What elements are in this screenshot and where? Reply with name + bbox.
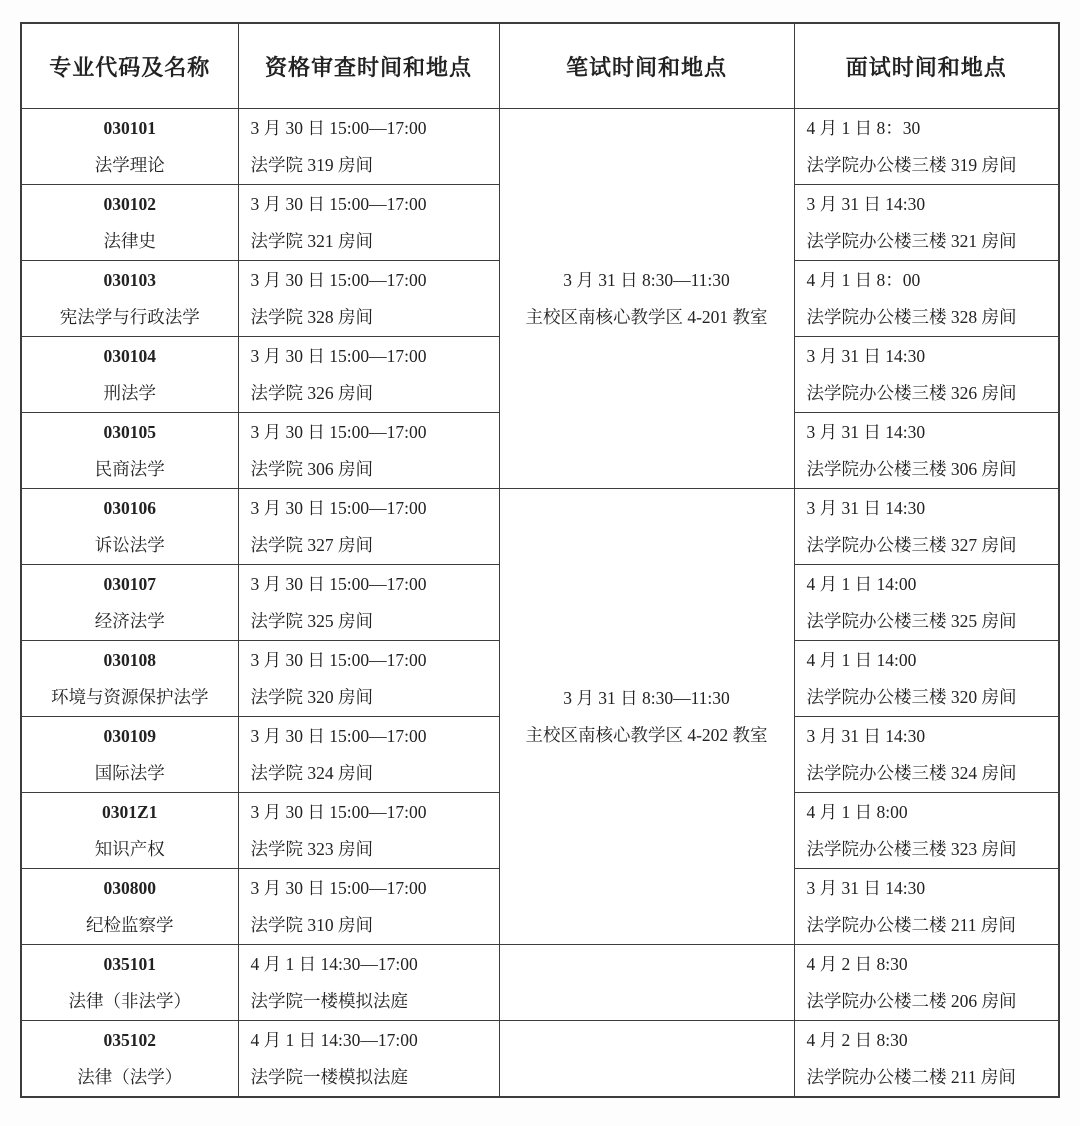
header-interview: 面试时间和地点	[794, 23, 1059, 109]
qualification-place: 法学院 306 房间	[239, 451, 499, 488]
qualification-time: 3 月 30 日 15:00—17:00	[239, 490, 499, 527]
interview-time: 3 月 31 日 14:30	[795, 186, 1059, 223]
written-exam-cell-group2: 3 月 31 日 8:30—11:30 主校区南核心教学区 4-202 教室	[499, 489, 794, 945]
written-exam-cell-empty	[499, 1021, 794, 1098]
major-name: 法律（法学）	[22, 1059, 238, 1096]
qualification-cell: 3 月 30 日 15:00—17:00 法学院 324 房间	[238, 717, 499, 793]
interview-place: 法学院办公楼三楼 326 房间	[795, 375, 1059, 412]
qualification-cell: 3 月 30 日 15:00—17:00 法学院 325 房间	[238, 565, 499, 641]
major-name: 法律（非法学）	[22, 983, 238, 1020]
interview-cell: 4 月 1 日 14:00 法学院办公楼三楼 325 房间	[794, 565, 1059, 641]
major-cell: 030109 国际法学	[21, 717, 238, 793]
header-row: 专业代码及名称 资格审查时间和地点 笔试时间和地点 面试时间和地点	[21, 23, 1059, 109]
interview-time: 4 月 2 日 8:30	[795, 946, 1059, 983]
major-cell: 035101 法律（非法学）	[21, 945, 238, 1021]
qualification-cell: 3 月 30 日 15:00—17:00 法学院 306 房间	[238, 413, 499, 489]
interview-time: 3 月 31 日 14:30	[795, 414, 1059, 451]
major-name: 宪法学与行政法学	[22, 299, 238, 336]
major-name: 法律史	[22, 223, 238, 260]
header-qualification: 资格审查时间和地点	[238, 23, 499, 109]
interview-cell: 4 月 1 日 14:00 法学院办公楼三楼 320 房间	[794, 641, 1059, 717]
qualification-place: 法学院一楼模拟法庭	[239, 1059, 499, 1096]
major-name: 国际法学	[22, 755, 238, 792]
interview-time: 3 月 31 日 14:30	[795, 490, 1059, 527]
interview-cell: 3 月 31 日 14:30 法学院办公楼二楼 211 房间	[794, 869, 1059, 945]
interview-place: 法学院办公楼三楼 324 房间	[795, 755, 1059, 792]
major-code: 030107	[22, 566, 238, 603]
major-name: 环境与资源保护法学	[22, 679, 238, 716]
interview-cell: 3 月 31 日 14:30 法学院办公楼三楼 324 房间	[794, 717, 1059, 793]
interview-place: 法学院办公楼二楼 206 房间	[795, 983, 1059, 1020]
qualification-time: 3 月 30 日 15:00—17:00	[239, 110, 499, 147]
major-name: 经济法学	[22, 603, 238, 640]
qualification-time: 4 月 1 日 14:30—17:00	[239, 1022, 499, 1059]
qualification-cell: 3 月 30 日 15:00—17:00 法学院 328 房间	[238, 261, 499, 337]
qualification-time: 4 月 1 日 14:30—17:00	[239, 946, 499, 983]
interview-cell: 4 月 1 日 8：00 法学院办公楼三楼 328 房间	[794, 261, 1059, 337]
interview-time: 3 月 31 日 14:30	[795, 718, 1059, 755]
major-code: 030109	[22, 718, 238, 755]
major-cell: 030106 诉讼法学	[21, 489, 238, 565]
interview-cell: 3 月 31 日 14:30 法学院办公楼三楼 321 房间	[794, 185, 1059, 261]
interview-place: 法学院办公楼二楼 211 房间	[795, 1059, 1059, 1096]
major-code: 030105	[22, 414, 238, 451]
interview-time: 3 月 31 日 14:30	[795, 870, 1059, 907]
interview-time: 4 月 1 日 8:00	[795, 794, 1059, 831]
qualification-place: 法学院 320 房间	[239, 679, 499, 716]
major-name: 法学理论	[22, 147, 238, 184]
qualification-time: 3 月 30 日 15:00—17:00	[239, 414, 499, 451]
major-code: 030102	[22, 186, 238, 223]
major-code: 030103	[22, 262, 238, 299]
major-cell: 030104 刑法学	[21, 337, 238, 413]
qualification-time: 3 月 30 日 15:00—17:00	[239, 338, 499, 375]
major-code: 030106	[22, 490, 238, 527]
interview-time: 4 月 1 日 8：30	[795, 110, 1059, 147]
major-name: 民商法学	[22, 451, 238, 488]
major-code: 035101	[22, 946, 238, 983]
qualification-cell: 3 月 30 日 15:00—17:00 法学院 321 房间	[238, 185, 499, 261]
major-cell: 030101 法学理论	[21, 109, 238, 185]
interview-time: 3 月 31 日 14:30	[795, 338, 1059, 375]
qualification-cell: 3 月 30 日 15:00—17:00 法学院 320 房间	[238, 641, 499, 717]
interview-place: 法学院办公楼三楼 306 房间	[795, 451, 1059, 488]
major-cell: 030102 法律史	[21, 185, 238, 261]
qualification-cell: 3 月 30 日 15:00—17:00 法学院 310 房间	[238, 869, 499, 945]
qualification-place: 法学院 310 房间	[239, 907, 499, 944]
interview-cell: 3 月 31 日 14:30 法学院办公楼三楼 326 房间	[794, 337, 1059, 413]
major-cell: 030800 纪检监察学	[21, 869, 238, 945]
interview-place: 法学院办公楼三楼 320 房间	[795, 679, 1059, 716]
interview-cell: 3 月 31 日 14:30 法学院办公楼三楼 327 房间	[794, 489, 1059, 565]
qualification-cell: 4 月 1 日 14:30—17:00 法学院一楼模拟法庭	[238, 945, 499, 1021]
major-cell: 035102 法律（法学）	[21, 1021, 238, 1098]
qualification-cell: 3 月 30 日 15:00—17:00 法学院 327 房间	[238, 489, 499, 565]
table-row: 030106 诉讼法学 3 月 30 日 15:00—17:00 法学院 327…	[21, 489, 1059, 565]
major-code: 030101	[22, 110, 238, 147]
interview-time: 4 月 2 日 8:30	[795, 1022, 1059, 1059]
major-name: 知识产权	[22, 831, 238, 868]
interview-place: 法学院办公楼三楼 328 房间	[795, 299, 1059, 336]
qualification-place: 法学院 323 房间	[239, 831, 499, 868]
major-cell: 030103 宪法学与行政法学	[21, 261, 238, 337]
qualification-place: 法学院 325 房间	[239, 603, 499, 640]
major-name: 纪检监察学	[22, 907, 238, 944]
written-exam-time: 3 月 31 日 8:30—11:30	[500, 262, 794, 299]
major-code: 035102	[22, 1022, 238, 1059]
qualification-place: 法学院 326 房间	[239, 375, 499, 412]
qualification-cell: 3 月 30 日 15:00—17:00 法学院 326 房间	[238, 337, 499, 413]
interview-time: 4 月 1 日 14:00	[795, 642, 1059, 679]
page: 专业代码及名称 资格审查时间和地点 笔试时间和地点 面试时间和地点 030101…	[0, 0, 1080, 1126]
major-name: 诉讼法学	[22, 527, 238, 564]
interview-place: 法学院办公楼三楼 325 房间	[795, 603, 1059, 640]
major-cell: 030108 环境与资源保护法学	[21, 641, 238, 717]
written-exam-cell-group1: 3 月 31 日 8:30—11:30 主校区南核心教学区 4-201 教室	[499, 109, 794, 489]
interview-place: 法学院办公楼三楼 323 房间	[795, 831, 1059, 868]
qualification-time: 3 月 30 日 15:00—17:00	[239, 262, 499, 299]
major-name: 刑法学	[22, 375, 238, 412]
interview-place: 法学院办公楼三楼 321 房间	[795, 223, 1059, 260]
qualification-time: 3 月 30 日 15:00—17:00	[239, 718, 499, 755]
qualification-time: 3 月 30 日 15:00—17:00	[239, 870, 499, 907]
interview-time: 4 月 1 日 8：00	[795, 262, 1059, 299]
qualification-place: 法学院 321 房间	[239, 223, 499, 260]
qualification-cell: 3 月 30 日 15:00—17:00 法学院 323 房间	[238, 793, 499, 869]
interview-cell: 3 月 31 日 14:30 法学院办公楼三楼 306 房间	[794, 413, 1059, 489]
table-row: 035102 法律（法学） 4 月 1 日 14:30—17:00 法学院一楼模…	[21, 1021, 1059, 1098]
major-code: 030108	[22, 642, 238, 679]
qualification-place: 法学院一楼模拟法庭	[239, 983, 499, 1020]
qualification-place: 法学院 328 房间	[239, 299, 499, 336]
written-exam-cell-empty	[499, 945, 794, 1021]
written-exam-time: 3 月 31 日 8:30—11:30	[500, 680, 794, 717]
major-code: 030800	[22, 870, 238, 907]
interview-place: 法学院办公楼二楼 211 房间	[795, 907, 1059, 944]
major-cell: 0301Z1 知识产权	[21, 793, 238, 869]
qualification-time: 3 月 30 日 15:00—17:00	[239, 642, 499, 679]
qualification-time: 3 月 30 日 15:00—17:00	[239, 186, 499, 223]
exam-schedule-table: 专业代码及名称 资格审查时间和地点 笔试时间和地点 面试时间和地点 030101…	[20, 22, 1060, 1098]
qualification-time: 3 月 30 日 15:00—17:00	[239, 566, 499, 603]
qualification-place: 法学院 319 房间	[239, 147, 499, 184]
header-major-code: 专业代码及名称	[21, 23, 238, 109]
interview-cell: 4 月 1 日 8：30 法学院办公楼三楼 319 房间	[794, 109, 1059, 185]
interview-place: 法学院办公楼三楼 327 房间	[795, 527, 1059, 564]
written-exam-place: 主校区南核心教学区 4-201 教室	[500, 299, 794, 336]
header-written-exam: 笔试时间和地点	[499, 23, 794, 109]
qualification-place: 法学院 327 房间	[239, 527, 499, 564]
qualification-place: 法学院 324 房间	[239, 755, 499, 792]
interview-cell: 4 月 2 日 8:30 法学院办公楼二楼 206 房间	[794, 945, 1059, 1021]
written-exam-place: 主校区南核心教学区 4-202 教室	[500, 717, 794, 754]
interview-place: 法学院办公楼三楼 319 房间	[795, 147, 1059, 184]
qualification-cell: 3 月 30 日 15:00—17:00 法学院 319 房间	[238, 109, 499, 185]
table-row: 035101 法律（非法学） 4 月 1 日 14:30—17:00 法学院一楼…	[21, 945, 1059, 1021]
qualification-time: 3 月 30 日 15:00—17:00	[239, 794, 499, 831]
interview-time: 4 月 1 日 14:00	[795, 566, 1059, 603]
major-code: 030104	[22, 338, 238, 375]
interview-cell: 4 月 1 日 8:00 法学院办公楼三楼 323 房间	[794, 793, 1059, 869]
qualification-cell: 4 月 1 日 14:30—17:00 法学院一楼模拟法庭	[238, 1021, 499, 1098]
major-cell: 030105 民商法学	[21, 413, 238, 489]
interview-cell: 4 月 2 日 8:30 法学院办公楼二楼 211 房间	[794, 1021, 1059, 1098]
table-row: 030101 法学理论 3 月 30 日 15:00—17:00 法学院 319…	[21, 109, 1059, 185]
major-code: 0301Z1	[22, 794, 238, 831]
major-cell: 030107 经济法学	[21, 565, 238, 641]
